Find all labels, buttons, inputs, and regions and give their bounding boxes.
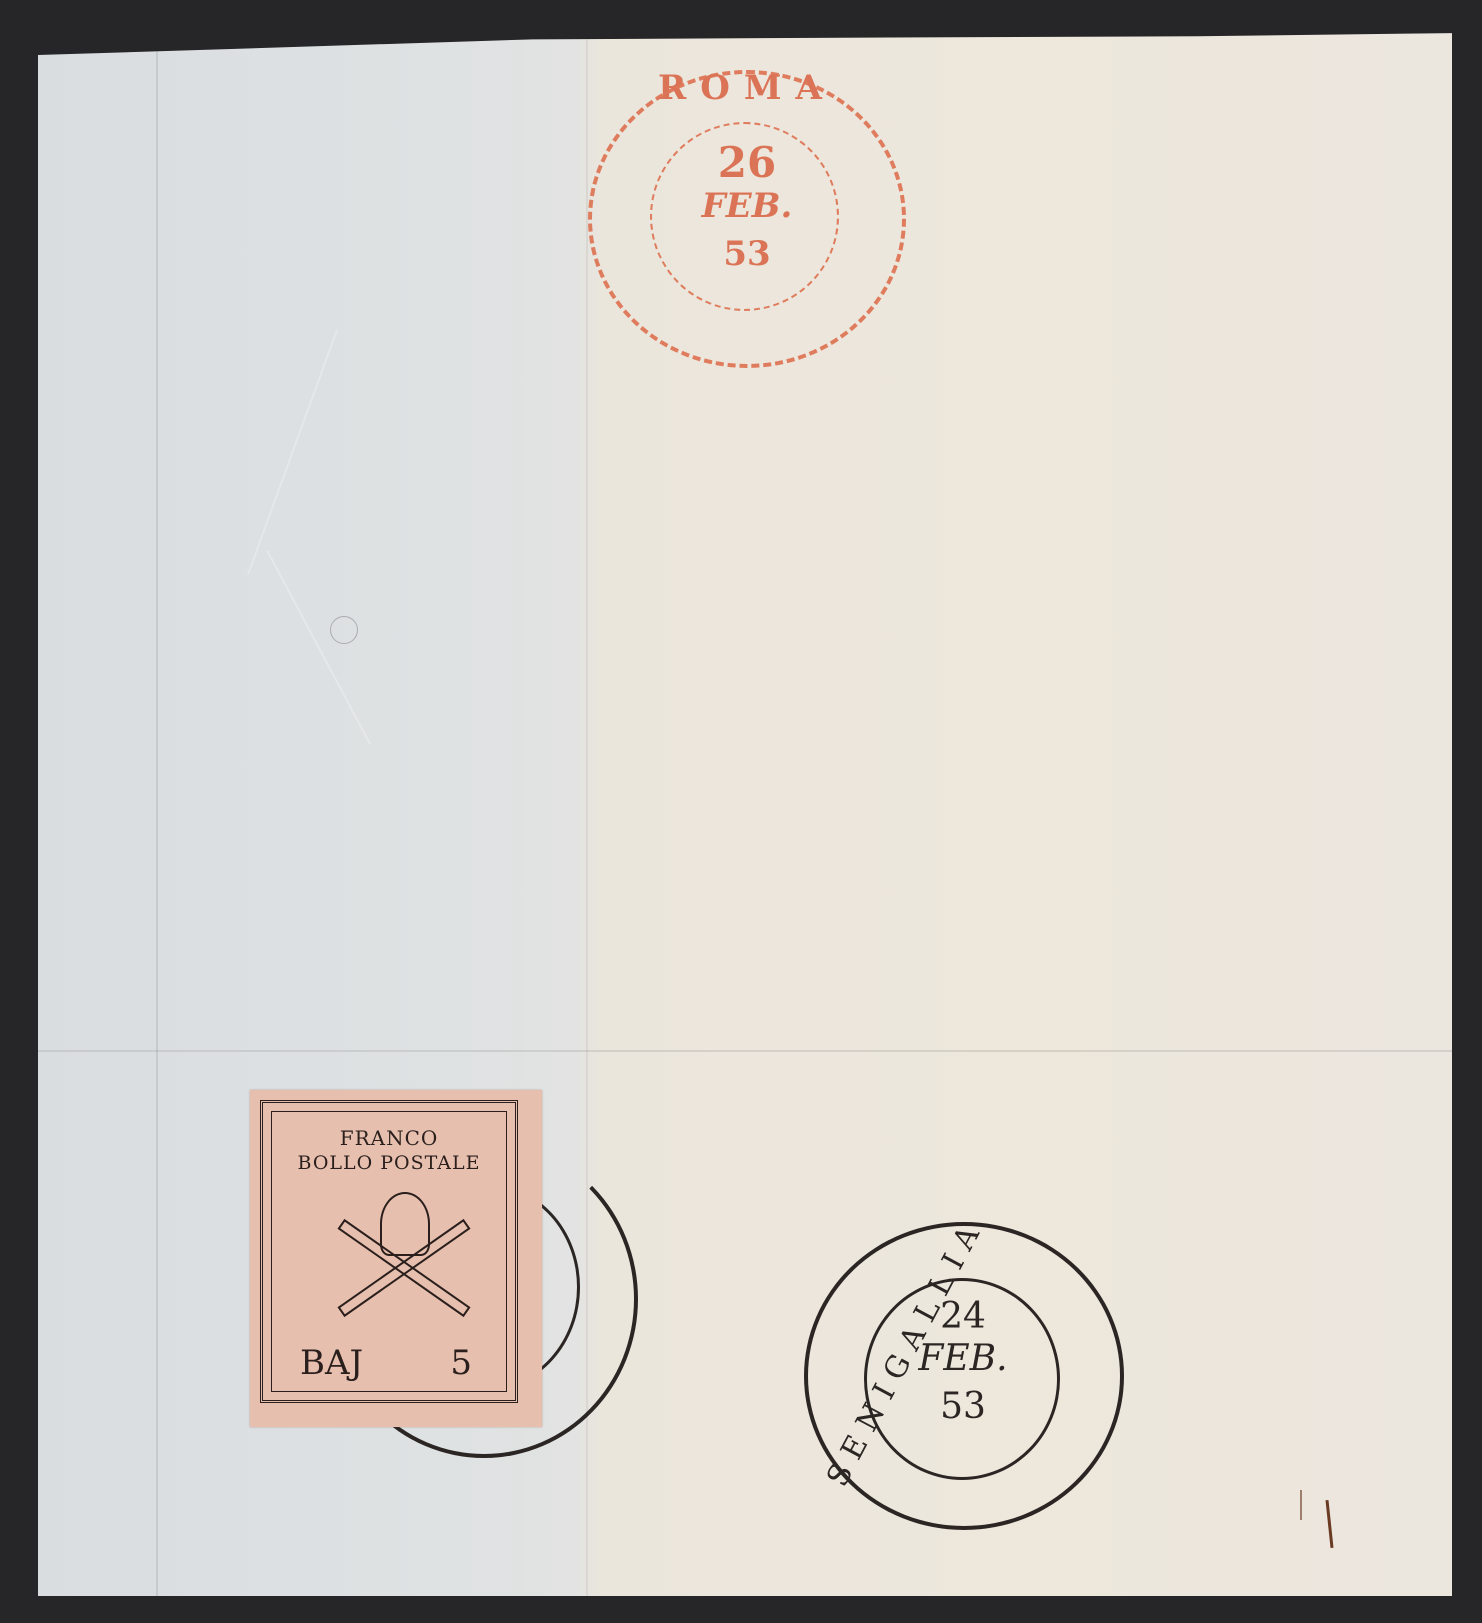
vertical-fold-line — [156, 30, 158, 1596]
paper-crease — [247, 329, 338, 574]
postage-stamp: FRANCO BOLLO POSTALE BAJ 5 — [250, 1090, 542, 1427]
postmark-day: 24 — [908, 1296, 1018, 1337]
stamp-value: 5 — [450, 1343, 472, 1383]
paper-crease — [266, 550, 371, 745]
postmark-month: FEB. — [592, 186, 902, 226]
roma-postmark: ROMA 26 FEB. 53 — [588, 70, 906, 368]
postmark-year: 53 — [908, 1386, 1018, 1427]
stamp-text-bollo-postale: BOLLO POSTALE — [272, 1152, 506, 1174]
ink-stroke — [1300, 1490, 1302, 1520]
stamp-text-franco: FRANCO — [272, 1126, 506, 1150]
senigallia-postmark: SENIGALLIA 24 FEB. 53 — [804, 1222, 1124, 1530]
stamp-frame: FRANCO BOLLO POSTALE BAJ 5 — [260, 1100, 518, 1403]
postmark-city: ROMA — [592, 68, 902, 108]
postmark-month: FEB. — [908, 1338, 1018, 1379]
postmark-day: 26 — [592, 138, 902, 187]
pencil-mark — [330, 616, 358, 644]
stamp-denomination-label: BAJ — [300, 1343, 363, 1383]
papal-tiara-icon — [380, 1192, 430, 1256]
horizontal-fold-line — [38, 1050, 1452, 1052]
postmark-year: 53 — [592, 234, 902, 274]
stamp-inner-frame: FRANCO BOLLO POSTALE BAJ 5 — [271, 1111, 507, 1392]
